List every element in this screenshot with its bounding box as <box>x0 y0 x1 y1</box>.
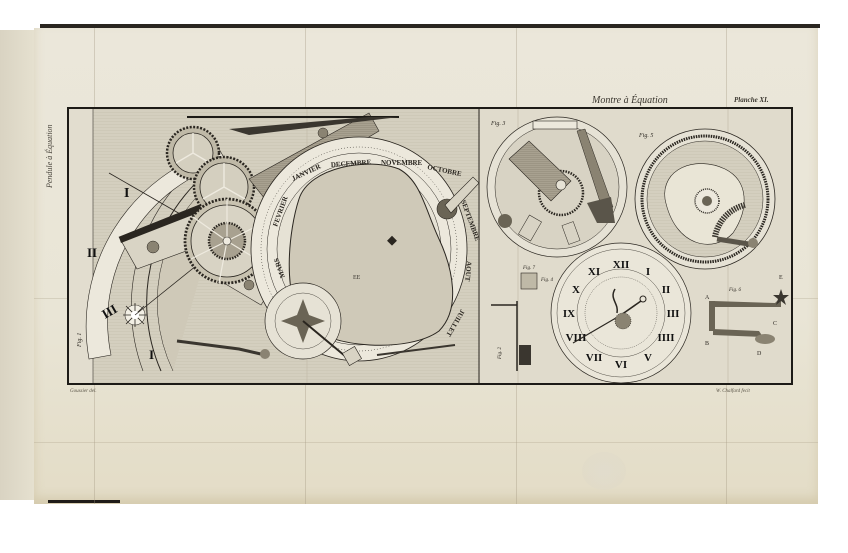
svg-text:V: V <box>644 352 652 364</box>
binding-bottom-edge <box>48 500 120 503</box>
svg-text:XI: XI <box>588 266 600 278</box>
svg-text:Fig. 1: Fig. 1 <box>77 333 83 348</box>
svg-text:C: C <box>773 321 777 327</box>
svg-text:Fig. 4: Fig. 4 <box>540 278 553 283</box>
svg-text:II: II <box>87 245 97 260</box>
fold-line <box>34 442 818 443</box>
svg-text:E: E <box>779 275 783 281</box>
svg-text:A: A <box>705 295 710 301</box>
fig5-equation-cam: Fig. 5 <box>635 129 775 269</box>
book-spread: Montre à Équation Planche XI. Pendule à … <box>0 0 848 553</box>
svg-text:Fig. 6: Fig. 6 <box>728 288 741 293</box>
svg-text:Fig. 7: Fig. 7 <box>522 266 535 271</box>
svg-text:Fig. 3: Fig. 3 <box>490 121 505 127</box>
fig4-equation-dial: XII I II III IIII V VI VII VIII IX X XI <box>551 243 691 383</box>
credit-engraver: W. Chalfard fecit <box>716 389 750 394</box>
svg-text:I: I <box>124 186 129 201</box>
plate-number: Planche XI. <box>734 96 769 104</box>
svg-text:II: II <box>662 284 671 296</box>
svg-text:Fig. 5: Fig. 5 <box>638 133 653 139</box>
plate-title: Montre à Équation <box>592 95 668 106</box>
fig3-watch-movement: Fig. 3 <box>487 117 627 257</box>
left-page-edge <box>0 30 37 500</box>
svg-text:I: I <box>149 347 154 362</box>
svg-text:EE: EE <box>353 275 361 281</box>
credit-draftsman: Goussier del. <box>70 389 97 394</box>
svg-text:I: I <box>646 266 650 278</box>
svg-text:D: D <box>757 351 762 357</box>
side-title: Pendule à Équation <box>45 124 54 188</box>
svg-text:B: B <box>705 341 709 347</box>
engraving-figures: I II III I <box>69 109 791 383</box>
svg-text:Fig. 2: Fig. 2 <box>498 347 503 360</box>
svg-text:IIII: IIII <box>657 332 674 344</box>
svg-text:XII: XII <box>613 259 630 271</box>
svg-text:X: X <box>572 284 580 296</box>
paper-stain <box>582 452 626 490</box>
svg-text:III: III <box>667 308 680 320</box>
svg-text:VII: VII <box>586 352 603 364</box>
engraving-plate: I II III I <box>67 107 793 385</box>
svg-text:VIII: VIII <box>566 332 587 344</box>
svg-text:VI: VI <box>615 359 627 371</box>
svg-text:IX: IX <box>563 308 575 320</box>
svg-text:NOVEMBRE: NOVEMBRE <box>381 159 423 167</box>
